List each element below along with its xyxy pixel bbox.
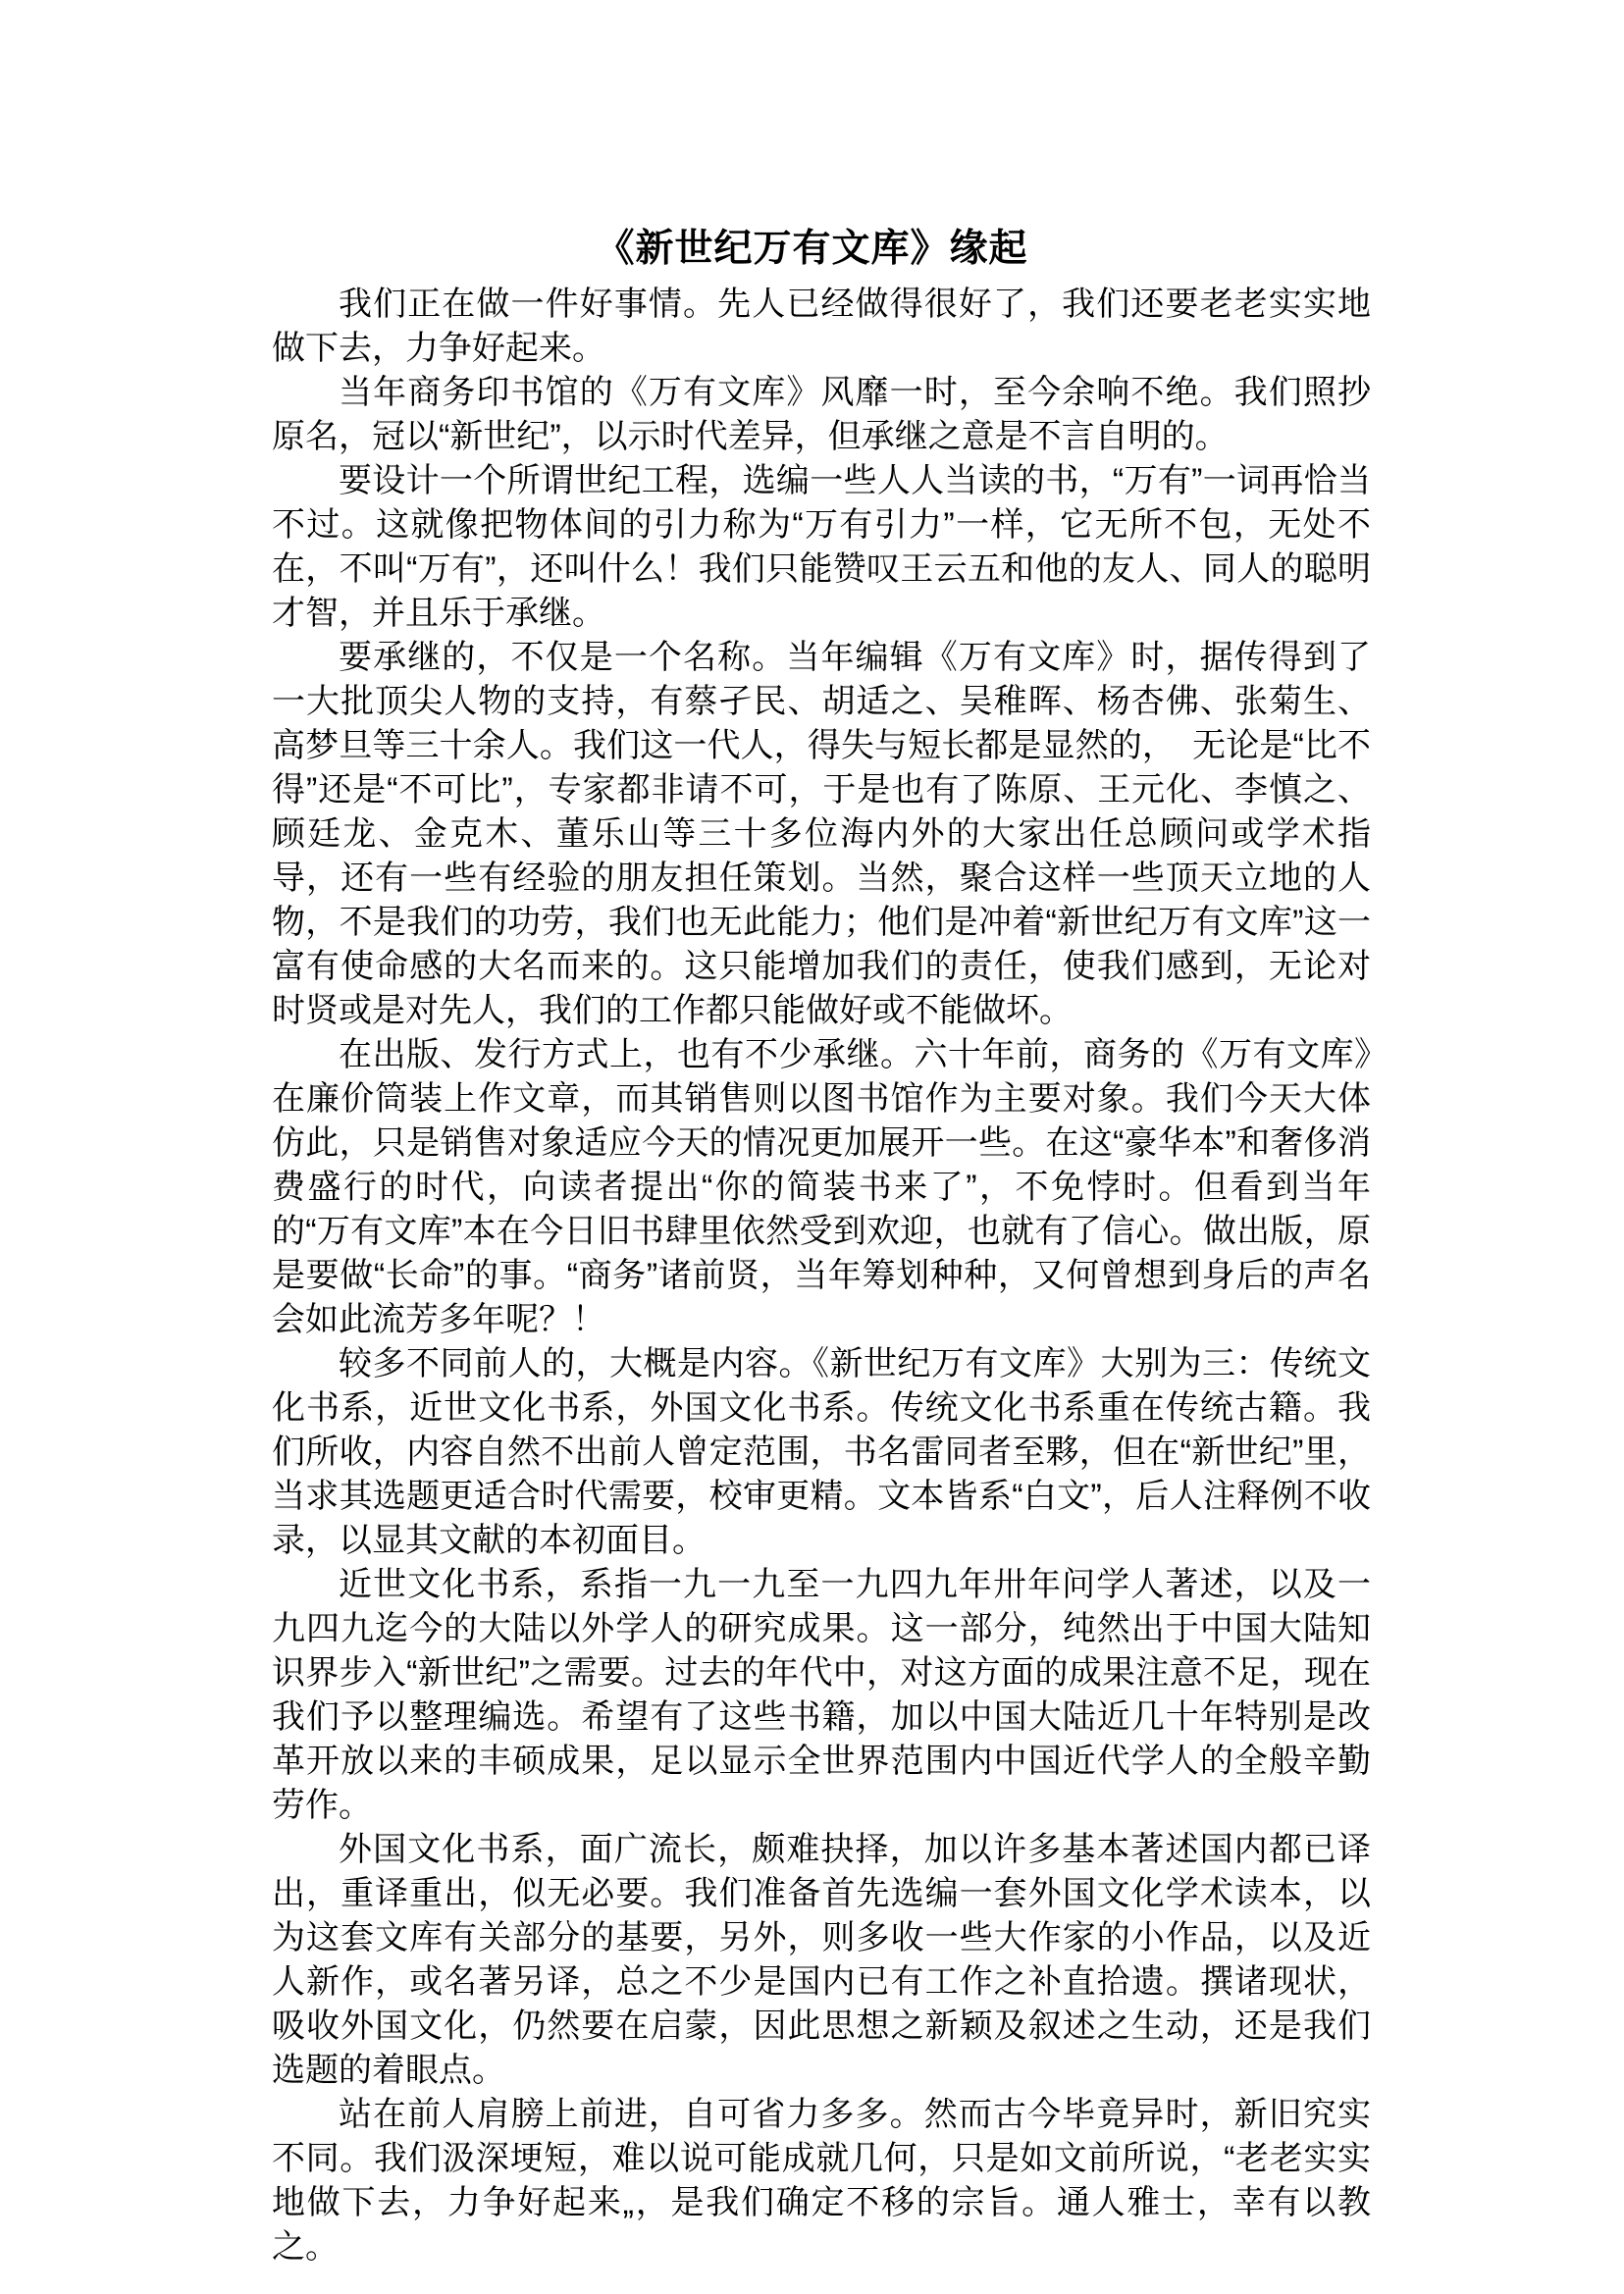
paragraph: 近世文化书系，系指一九一九至一九四九年卅年问学人著述，以及一九四九迄今的大陆以外… bbox=[272, 1563, 1371, 1828]
paragraph: 较多不同前人的，大概是内容。《新世纪万有文库》大别为三：传统文化书系，近世文化书… bbox=[272, 1342, 1371, 1563]
document-body: 我们正在做一件好事情。先人已经做得很好了，我们还要老老实实地做下去，力争好起来。… bbox=[272, 283, 1371, 2269]
document-title: 《新世纪万有文库》缘起 bbox=[0, 218, 1624, 273]
document-page: 《新世纪万有文库》缘起 我们正在做一件好事情。先人已经做得很好了，我们还要老老实… bbox=[0, 0, 1624, 2294]
paragraph: 我们正在做一件好事情。先人已经做得很好了，我们还要老老实实地做下去，力争好起来。 bbox=[272, 283, 1371, 371]
paragraph: 当年商务印书馆的《万有文库》风靡一时，至今余响不绝。我们照抄原名，冠以“新世纪”… bbox=[272, 371, 1371, 459]
paragraph: 站在前人肩膀上前进，自可省力多多。然而古今毕竟异时，新旧究实不同。我们汲深埂短，… bbox=[272, 2093, 1371, 2269]
paragraph: 要承继的，不仅是一个名称。当年编辑《万有文库》时，据传得到了一大批顶尖人物的支持… bbox=[272, 636, 1371, 1033]
paragraph: 要设计一个所谓世纪工程，选编一些人人当读的书，“万有”一词再恰当不过。这就像把物… bbox=[272, 459, 1371, 636]
paragraph: 外国文化书系，面广流长，颇难抉择，加以许多基本著述国内都已译出，重译重出，似无必… bbox=[272, 1828, 1371, 2093]
paragraph: 在出版、发行方式上，也有不少承继。六十年前，商务的《万有文库》在廉价筒装上作文章… bbox=[272, 1033, 1371, 1342]
